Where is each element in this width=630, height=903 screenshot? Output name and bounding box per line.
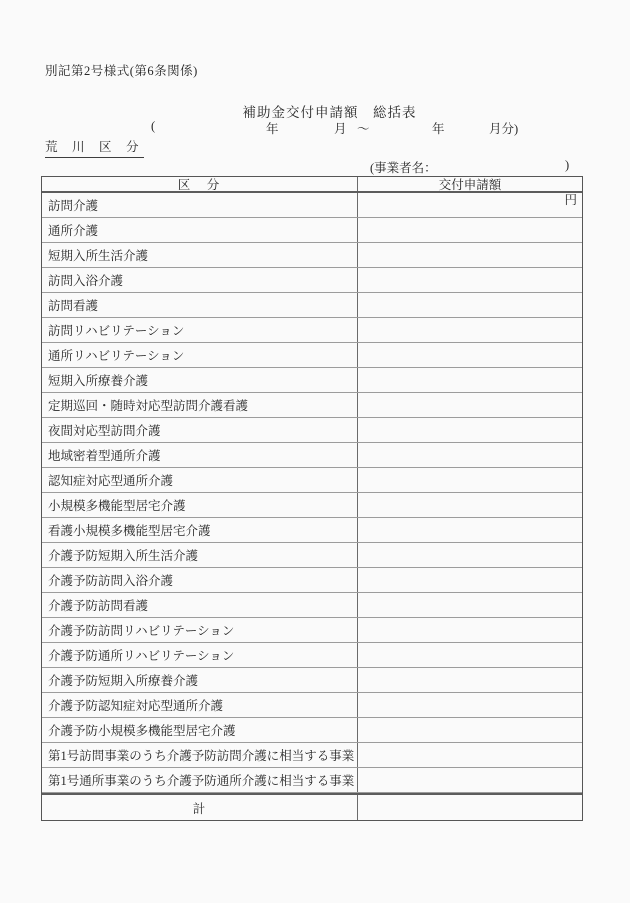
amount-cell bbox=[358, 668, 582, 692]
amount-cell bbox=[358, 368, 582, 392]
amount-cell bbox=[358, 318, 582, 342]
table-row: 訪問入浴介護 bbox=[42, 268, 582, 293]
table-row: 介護予防訪問看護 bbox=[42, 593, 582, 618]
table-row: 介護予防短期入所療養介護 bbox=[42, 668, 582, 693]
total-amount-cell bbox=[358, 795, 582, 820]
table-row: 地域密着型通所介護 bbox=[42, 443, 582, 468]
category-cell: 介護予防短期入所療養介護 bbox=[42, 668, 358, 692]
category-cell: 介護予防認知症対応型通所介護 bbox=[42, 693, 358, 717]
amount-cell bbox=[358, 743, 582, 767]
category-cell: 短期入所療養介護 bbox=[42, 368, 358, 392]
table-row: 認知症対応型通所介護 bbox=[42, 468, 582, 493]
amount-cell bbox=[358, 243, 582, 267]
period-month-start: 月 bbox=[334, 119, 347, 137]
form-number: 別記第2号様式(第6条関係) bbox=[45, 61, 198, 79]
amount-cell bbox=[358, 693, 582, 717]
amount-cell bbox=[358, 268, 582, 292]
category-cell: 介護予防短期入所生活介護 bbox=[42, 543, 358, 567]
amount-cell bbox=[358, 218, 582, 242]
table-row: 介護予防訪問入浴介護 bbox=[42, 568, 582, 593]
category-cell: 介護予防訪問看護 bbox=[42, 593, 358, 617]
amount-cell bbox=[358, 343, 582, 367]
category-cell: 第1号訪問事業のうち介護予防訪問介護に相当する事業 bbox=[42, 743, 358, 767]
period-year-end: 年 bbox=[432, 119, 445, 137]
table-row: 介護予防小規模多機能型居宅介護 bbox=[42, 718, 582, 743]
category-cell: 夜間対応型訪問介護 bbox=[42, 418, 358, 442]
category-cell: 訪問入浴介護 bbox=[42, 268, 358, 292]
amount-cell bbox=[358, 768, 582, 792]
amount-cell bbox=[358, 618, 582, 642]
table-row: 第1号通所事業のうち介護予防通所介護に相当する事業 bbox=[42, 768, 582, 793]
amount-cell bbox=[358, 518, 582, 542]
table-row: 介護予防短期入所生活介護 bbox=[42, 543, 582, 568]
table-row: 短期入所療養介護 bbox=[42, 368, 582, 393]
amount-cell bbox=[358, 393, 582, 417]
category-cell: 通所介護 bbox=[42, 218, 358, 242]
summary-table: 区 分 交付申請額 訪問介護 円 通所介護 短期入所生活介護 訪問入浴介護 訪問… bbox=[41, 176, 583, 821]
category-cell: 介護予防通所リハビリテーション bbox=[42, 643, 358, 667]
table-row: 訪問介護 円 bbox=[42, 193, 582, 218]
amount-cell bbox=[358, 593, 582, 617]
document-title: 補助金交付申請額 総括表 bbox=[29, 101, 630, 121]
table-row: 訪問看護 bbox=[42, 293, 582, 318]
category-cell: 看護小規模多機能型居宅介護 bbox=[42, 518, 358, 542]
table-row: 介護予防通所リハビリテーション bbox=[42, 643, 582, 668]
category-cell: 地域密着型通所介護 bbox=[42, 443, 358, 467]
ward-heading: 荒 川 区 分 bbox=[45, 137, 144, 158]
table-row: 小規模多機能型居宅介護 bbox=[42, 493, 582, 518]
table-row: 定期巡回・随時対応型訪問介護看護 bbox=[42, 393, 582, 418]
total-row: 計 bbox=[42, 793, 582, 820]
category-cell: 介護予防訪問リハビリテーション bbox=[42, 618, 358, 642]
table-row: 訪問リハビリテーション bbox=[42, 318, 582, 343]
amount-header: 交付申請額 bbox=[358, 177, 582, 191]
table-row: 通所リハビリテーション bbox=[42, 343, 582, 368]
table-row: 通所介護 bbox=[42, 218, 582, 243]
category-cell: 訪問リハビリテーション bbox=[42, 318, 358, 342]
category-cell: 短期入所生活介護 bbox=[42, 243, 358, 267]
amount-cell bbox=[358, 643, 582, 667]
table-row: 介護予防認知症対応型通所介護 bbox=[42, 693, 582, 718]
amount-cell bbox=[358, 293, 582, 317]
category-cell: 定期巡回・随時対応型訪問介護看護 bbox=[42, 393, 358, 417]
amount-cell bbox=[358, 418, 582, 442]
category-cell: 介護予防小規模多機能型居宅介護 bbox=[42, 718, 358, 742]
table-row: 第1号訪問事業のうち介護予防訪問介護に相当する事業 bbox=[42, 743, 582, 768]
table-row: 夜間対応型訪問介護 bbox=[42, 418, 582, 443]
period-year-start: 年 bbox=[266, 119, 279, 137]
provider-name-label: (事業者名： bbox=[370, 158, 437, 176]
table-row: 短期入所生活介護 bbox=[42, 243, 582, 268]
period-open-paren: ( bbox=[151, 119, 155, 134]
category-header: 区 分 bbox=[42, 177, 358, 191]
amount-cell: 円 bbox=[358, 193, 582, 217]
category-cell: 小規模多機能型居宅介護 bbox=[42, 493, 358, 517]
category-cell: 訪問介護 bbox=[42, 193, 358, 217]
amount-cell bbox=[358, 493, 582, 517]
table-row: 介護予防訪問リハビリテーション bbox=[42, 618, 582, 643]
category-cell: 第1号通所事業のうち介護予防通所介護に相当する事業 bbox=[42, 768, 358, 792]
table-header-row: 区 分 交付申請額 bbox=[42, 177, 582, 193]
table-row: 看護小規模多機能型居宅介護 bbox=[42, 518, 582, 543]
category-cell: 認知症対応型通所介護 bbox=[42, 468, 358, 492]
provider-close-paren: ) bbox=[565, 158, 569, 173]
category-cell: 介護予防訪問入浴介護 bbox=[42, 568, 358, 592]
category-cell: 通所リハビリテーション bbox=[42, 343, 358, 367]
amount-cell bbox=[358, 568, 582, 592]
amount-cell bbox=[358, 443, 582, 467]
yen-unit-label: 円 bbox=[564, 194, 577, 208]
amount-cell bbox=[358, 718, 582, 742]
amount-cell bbox=[358, 543, 582, 567]
total-label: 計 bbox=[42, 795, 358, 820]
period-tilde: ～ bbox=[357, 119, 370, 137]
period-month-end: 月分) bbox=[489, 119, 518, 137]
category-cell: 訪問看護 bbox=[42, 293, 358, 317]
amount-cell bbox=[358, 468, 582, 492]
